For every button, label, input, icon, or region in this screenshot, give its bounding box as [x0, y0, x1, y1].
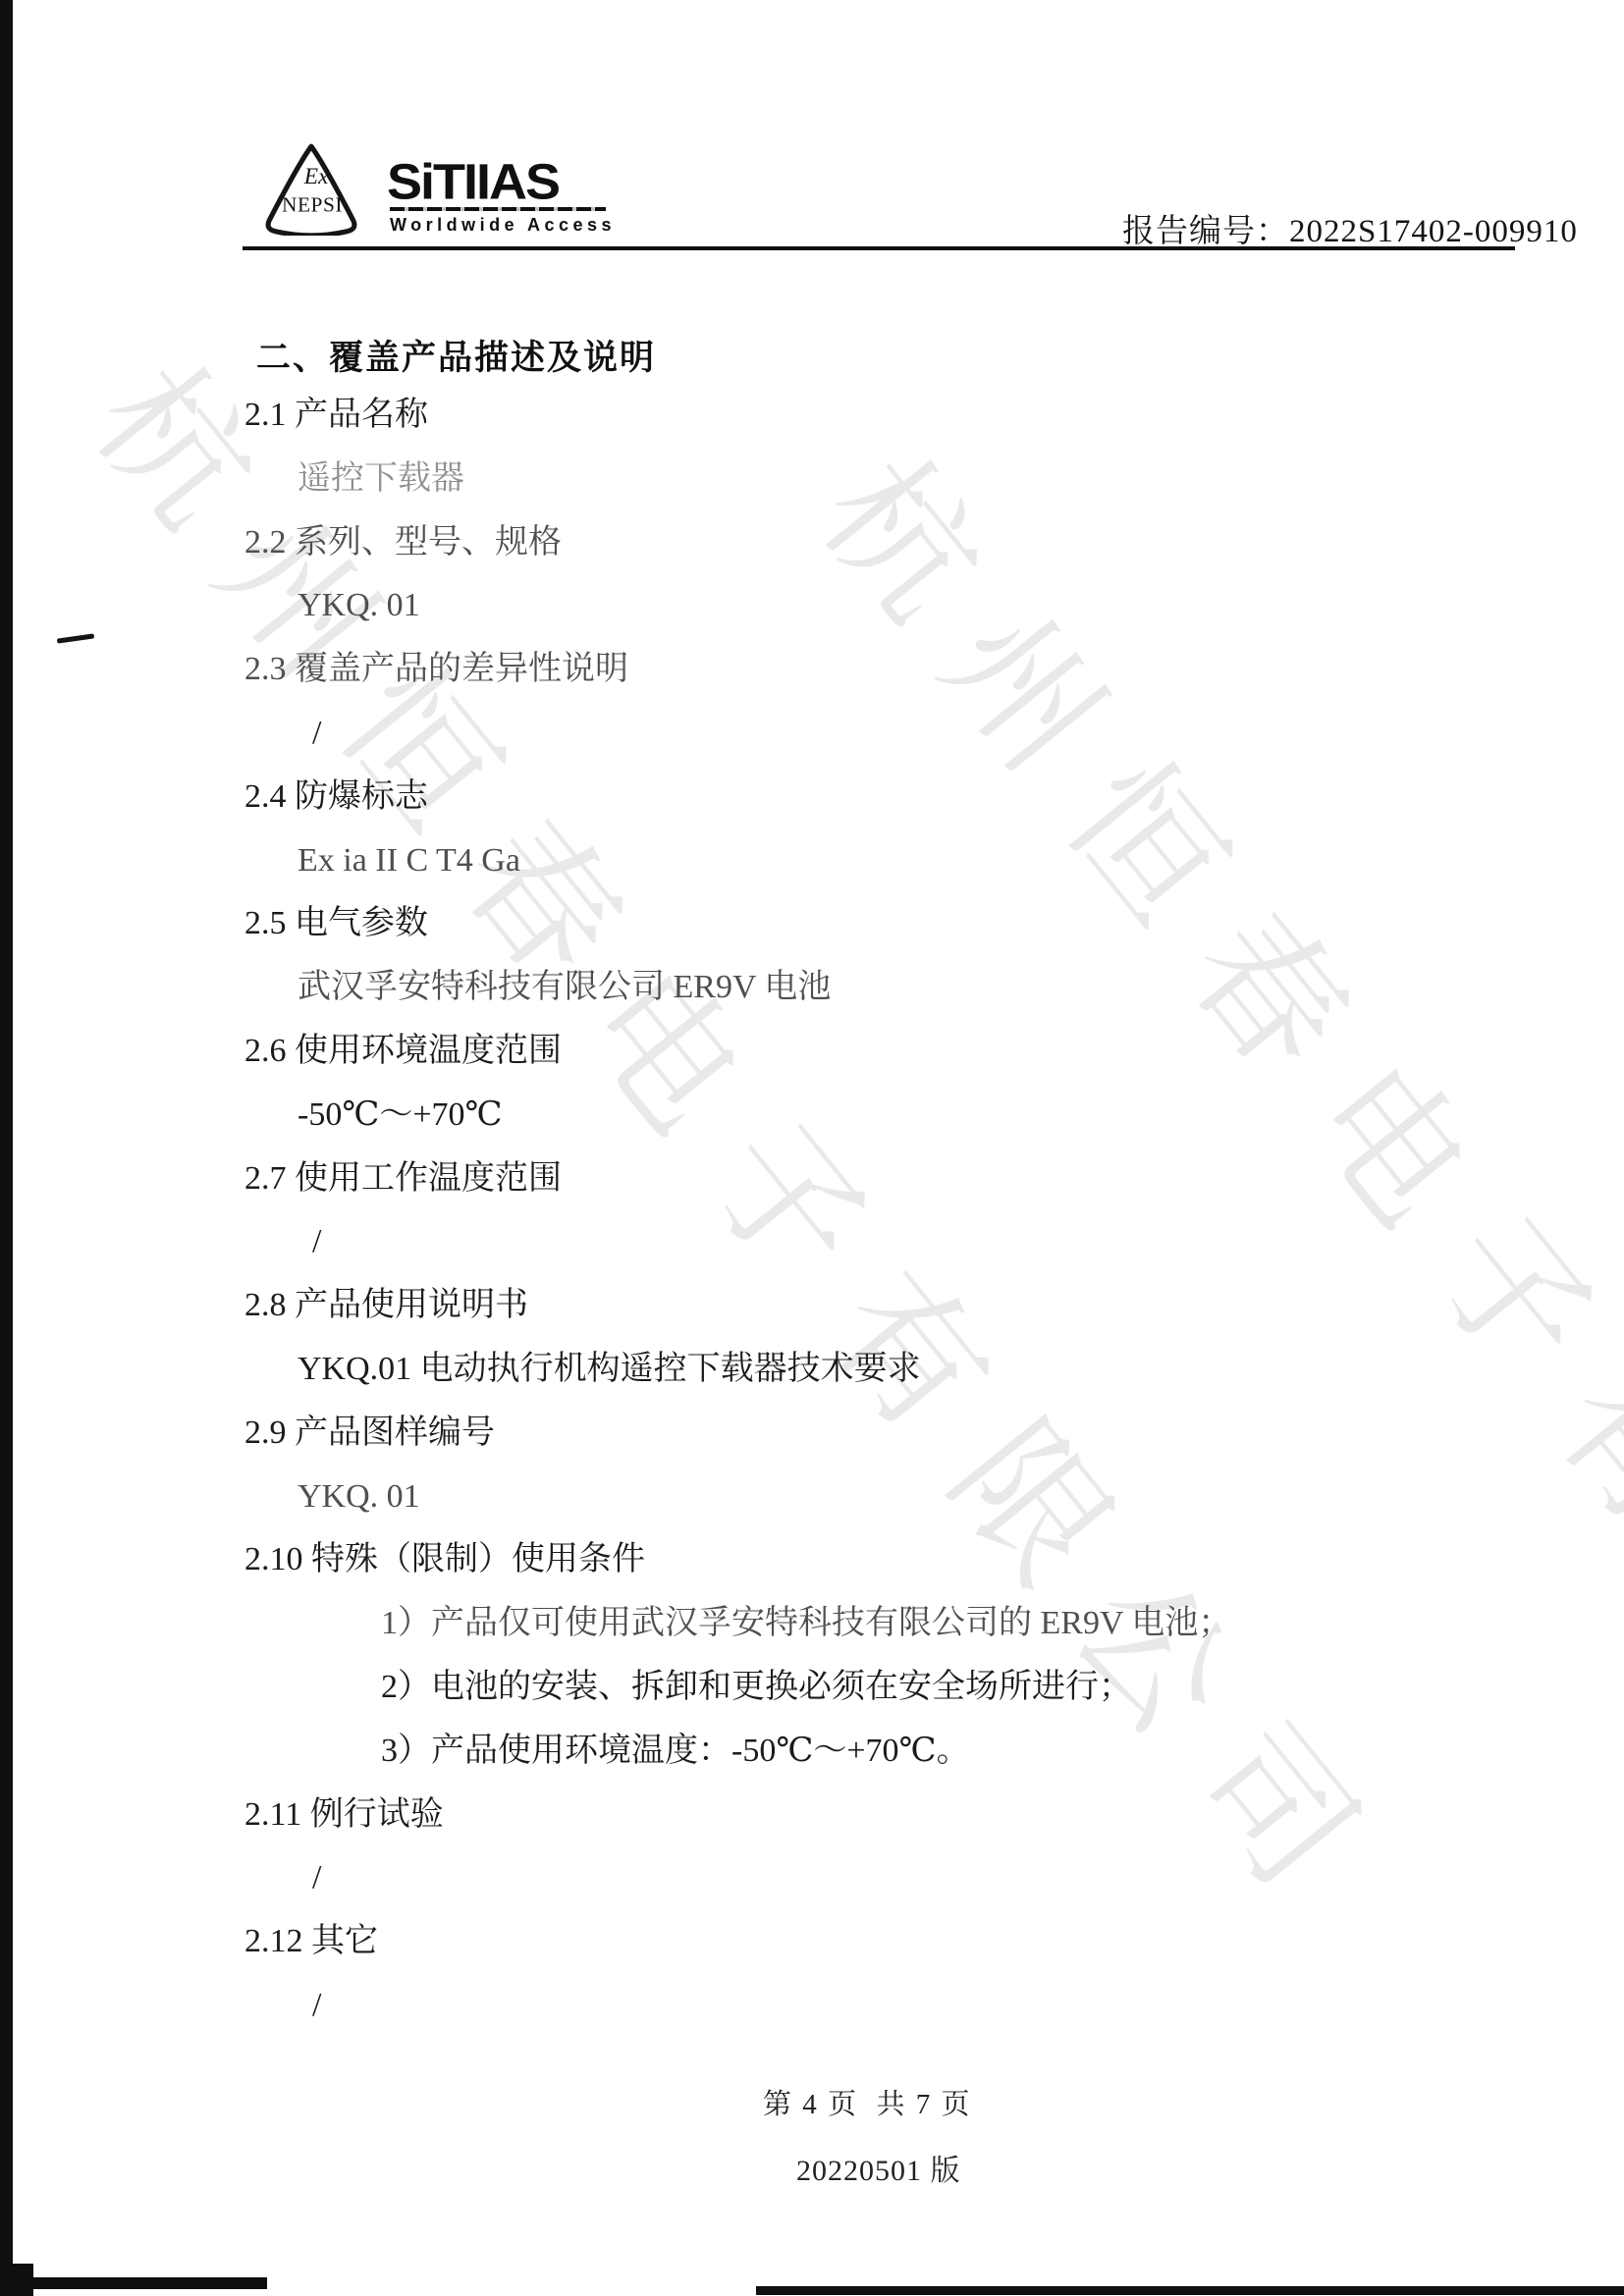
logo-tagline: Worldwide Access	[390, 215, 616, 236]
scan-edge-bottom-right	[756, 2286, 1624, 2295]
doc-line-10: 武汉孚安特科技有限公司 ER9V 电池	[298, 968, 831, 1008]
doc-line-4: YKQ. 01	[298, 586, 420, 626]
doc-line-15: 2.8 产品使用说明书	[244, 1286, 528, 1326]
report-number: 报告编号：2022S17402-009910	[1122, 205, 1578, 251]
template-version: 20220501 版	[796, 2146, 961, 2189]
doc-line-13: 2.7 使用工作温度范围	[244, 1159, 562, 1200]
section-heading: 二、覆盖产品描述及说明	[256, 331, 656, 380]
nepsi-ex-triangle-logo-icon: Ex NEPSI	[261, 141, 361, 240]
doc-line-23: 2.11 例行试验	[244, 1795, 444, 1836]
doc-line-22: 3）产品使用环境温度：-50℃～+70℃。	[381, 1732, 970, 1772]
sitiias-wordmark: SiTIIAS	[387, 153, 559, 211]
scan-edge-left-bar	[0, 0, 13, 2296]
doc-line-9: 2.5 电气参数	[244, 904, 428, 944]
doc-line-17: 2.9 产品图样编号	[244, 1414, 495, 1454]
page-number: 第 4 页 共 7 页	[763, 2082, 972, 2122]
logo-ex-label: Ex	[303, 164, 329, 189]
doc-line-16: YKQ.01 电动执行机构遥控下载器技术要求	[298, 1350, 921, 1390]
doc-line-11: 2.6 使用环境温度范围	[244, 1032, 562, 1072]
doc-line-5: 2.3 覆盖产品的差异性说明	[244, 650, 628, 690]
scan-edge-bottom-left	[0, 2277, 267, 2289]
doc-line-18: YKQ. 01	[298, 1477, 420, 1518]
wordmark-underline	[390, 207, 606, 211]
doc-line-12: -50℃～+70℃	[298, 1095, 503, 1136]
doc-line-1: 2.1 产品名称	[244, 396, 428, 436]
scan-edge-corner	[0, 2264, 33, 2296]
doc-line-21: 2）电池的安装、拆卸和更换必须在安全场所进行；	[381, 1668, 1132, 1708]
doc-line-7: 2.4 防爆标志	[244, 777, 428, 818]
logo-nepsi-label: NEPSI	[282, 192, 343, 216]
header-divider	[243, 246, 1515, 250]
scanned-report-page: 杭州恒春电子有限公司 杭州恒春电子有限公司 Ex NEPSI SiTIIAS W…	[0, 0, 1624, 2296]
doc-line-6: /	[312, 714, 321, 754]
doc-line-2: 遥控下载器	[298, 459, 464, 500]
doc-line-26: /	[312, 1986, 321, 2026]
doc-line-8: Ex ia II C T4 Ga	[298, 841, 520, 881]
doc-line-20: 1）产品仅可使用武汉孚安特科技有限公司的 ER9V 电池；	[381, 1604, 1231, 1644]
handwritten-dash-mark	[57, 633, 94, 643]
doc-line-3: 2.2 系列、型号、规格	[244, 523, 562, 563]
doc-line-25: 2.12 其它	[244, 1922, 378, 1962]
doc-line-19: 2.10 特殊（限制）使用条件	[244, 1540, 645, 1580]
doc-line-24: /	[312, 1858, 321, 1898]
doc-line-14: /	[312, 1222, 321, 1262]
